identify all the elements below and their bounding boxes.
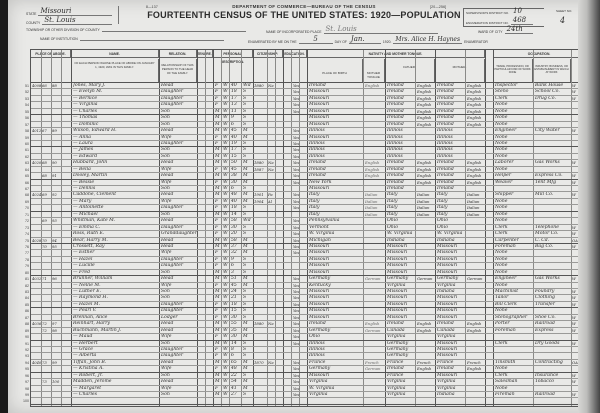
- mother-tongue: German: [365, 328, 385, 334]
- dwelling-number: [42, 263, 51, 269]
- relation: Son: [161, 373, 197, 379]
- mother-birthplace: Virginia: [437, 379, 465, 385]
- dwelling-number: [42, 205, 51, 211]
- mother-birthplace: Ireland: [437, 96, 465, 102]
- occupation: Weaver: [495, 180, 533, 186]
- naturalization: [268, 225, 275, 231]
- relation: Daughter: [161, 353, 197, 359]
- relation: Daughter: [161, 263, 197, 269]
- relation: Son: [161, 289, 197, 295]
- sex: F: [215, 167, 221, 173]
- immigration-year: [254, 154, 267, 160]
- line-number: 79: [17, 263, 29, 269]
- father-tongue: [417, 386, 435, 392]
- mother-birthplace: Indiana: [437, 392, 465, 398]
- industry: Clothing: [535, 295, 571, 301]
- father-birthplace: Missouri: [387, 308, 415, 314]
- marital-status: S: [243, 263, 253, 269]
- sex: M: [215, 186, 221, 192]
- person-name: — Margaret: [73, 386, 159, 392]
- person-name: Wilson, Edward H.: [73, 128, 159, 134]
- mother-birthplace: Missouri: [437, 263, 465, 269]
- dwelling-number: [42, 89, 51, 95]
- line-number: 51: [17, 83, 29, 89]
- race: W: [223, 89, 229, 95]
- group-citizenship: CITIZENSHIP.: [253, 50, 283, 58]
- father-tongue: Italian: [417, 199, 435, 205]
- age: 40: [231, 135, 241, 141]
- birthplace: Germany: [309, 276, 363, 282]
- marital-status: M: [243, 334, 253, 340]
- age: 32: [231, 250, 241, 256]
- ward-value: 24th: [505, 26, 533, 34]
- relation: Head: [161, 128, 197, 134]
- mother-tongue-parent: English: [467, 96, 485, 102]
- line-number: 72: [17, 218, 29, 224]
- dwelling-number: [42, 283, 51, 289]
- father-birthplace: Missouri: [387, 257, 415, 263]
- father-birthplace: Germany: [387, 341, 415, 347]
- relation: Head: [161, 328, 197, 334]
- father-tongue: [417, 379, 435, 385]
- literacy: Yes: [293, 321, 307, 327]
- birthplace: Illinois: [309, 154, 363, 160]
- relation: [161, 398, 197, 404]
- immigration-year: [254, 379, 267, 385]
- person-name: — Raymond H.: [73, 295, 159, 301]
- naturalization: [268, 302, 275, 308]
- relation: Wife: [161, 334, 197, 340]
- family-number: [52, 122, 61, 128]
- father-tongue: English: [417, 89, 435, 95]
- age: 15: [231, 154, 241, 160]
- house-number: [32, 135, 41, 141]
- occupation: [495, 353, 533, 359]
- race: W: [223, 225, 229, 231]
- birthplace: Missouri: [309, 96, 363, 102]
- person-name: Brunner, William: [73, 276, 159, 282]
- mother-tongue-parent: English: [467, 167, 485, 173]
- immigration-year: [254, 276, 267, 282]
- age: 6: [231, 263, 241, 269]
- race: W: [223, 302, 229, 308]
- immigration-year: [254, 141, 267, 147]
- person-name: Crossett, Ray: [73, 244, 159, 250]
- sex: F: [215, 283, 221, 289]
- father-birthplace: Missouri: [387, 263, 415, 269]
- father-tongue: [417, 141, 435, 147]
- father-tongue: [417, 135, 435, 141]
- literacy: [293, 212, 307, 218]
- dwelling-number: [42, 392, 51, 398]
- literacy: Yes: [293, 141, 307, 147]
- sex: F: [215, 353, 221, 359]
- mother-tongue: [365, 341, 385, 347]
- naturalization: Na: [268, 83, 275, 89]
- line-number: 82: [17, 283, 29, 289]
- father-tongue: [417, 186, 435, 192]
- marital-status: S: [243, 392, 253, 398]
- literacy: Yes: [293, 128, 307, 134]
- family-number: [52, 308, 61, 314]
- mother-tongue: [365, 128, 385, 134]
- state-value: Missouri: [38, 8, 112, 16]
- naturalization: [268, 238, 275, 244]
- father-birthplace: Virginia: [387, 379, 415, 385]
- birthplace: Michigan: [309, 238, 363, 244]
- father-birthplace: Virginia: [387, 283, 415, 289]
- age: 48: [231, 192, 241, 198]
- occupation: Inspector: [495, 83, 533, 89]
- mother-tongue: [365, 283, 385, 289]
- group-nativity: NATIVITY AND MOTHER TONGUE.: [307, 50, 485, 58]
- mother-birthplace: Ireland: [437, 366, 465, 372]
- sex: M: [215, 154, 221, 160]
- marital-status: S: [243, 289, 253, 295]
- line-number: 95: [17, 366, 29, 372]
- race: W: [223, 250, 229, 256]
- immigration-year: 1880: [254, 321, 267, 327]
- literacy: Yes: [293, 199, 307, 205]
- immigration-year: [254, 225, 267, 231]
- line-number: 92: [17, 347, 29, 353]
- person-name: — Fred: [73, 270, 159, 276]
- age: 37: [231, 244, 241, 250]
- family-number: [52, 257, 61, 263]
- father-tongue: [417, 353, 435, 359]
- enumerated-month: Jan.: [349, 36, 381, 44]
- sex: F: [215, 205, 221, 211]
- dwelling-number: 72: [42, 328, 51, 334]
- house-number: [32, 89, 41, 95]
- father-tongue: [417, 283, 435, 289]
- father-birthplace: Germany: [387, 353, 415, 359]
- industry: Bank House: [535, 83, 571, 89]
- mother-birthplace: Italy: [437, 192, 465, 198]
- family-number: [52, 392, 61, 398]
- father-birthplace: Ireland: [387, 173, 415, 179]
- literacy: Yes: [293, 386, 307, 392]
- immigration-year: [254, 231, 267, 237]
- father-birthplace: Illinois: [387, 147, 415, 153]
- house-number: [32, 334, 41, 340]
- father-tongue: [417, 128, 435, 134]
- mother-birthplace: Ireland: [437, 160, 465, 166]
- father-birthplace: Ireland: [387, 96, 415, 102]
- sex: F: [215, 83, 221, 89]
- mother-tongue: [365, 270, 385, 276]
- mother-tongue: [365, 302, 385, 308]
- house-number: [32, 122, 41, 128]
- line-number: 64: [17, 167, 29, 173]
- line-number: 58: [17, 128, 29, 134]
- literacy: Yes: [293, 334, 307, 340]
- mother-tongue-parent: [467, 218, 485, 224]
- father-birthplace: Canada: [387, 328, 415, 334]
- occupation: None: [495, 218, 533, 224]
- marital-status: M: [243, 199, 253, 205]
- family-number: [52, 315, 61, 321]
- father-tongue: Italian: [417, 212, 435, 218]
- mother-tongue: [365, 398, 385, 404]
- dwelling-number: [42, 347, 51, 353]
- race: W: [223, 135, 229, 141]
- relation: Wife: [161, 250, 197, 256]
- marital-status: S: [243, 186, 253, 192]
- father-birthplace: Illinois: [387, 141, 415, 147]
- line-number: 60: [17, 141, 29, 147]
- house-number: [32, 218, 41, 224]
- mother-birthplace: Missouri: [437, 250, 465, 256]
- line-number: 56: [17, 115, 29, 121]
- age: 35: [231, 328, 241, 334]
- mother-tongue-parent: English: [467, 180, 485, 186]
- father-birthplace: Ireland: [387, 321, 415, 327]
- person-name: [73, 398, 159, 404]
- dwelling-number: [42, 250, 51, 256]
- marital-status: S: [243, 154, 253, 160]
- birthplace: Ireland: [309, 160, 363, 166]
- mother-tongue-parent: [467, 302, 485, 308]
- mother-birthplace: Virginia: [437, 283, 465, 289]
- occupation: None: [495, 308, 533, 314]
- race: W: [223, 160, 229, 166]
- enumerator-name: Mrs. Alice H. Haynes: [393, 36, 462, 44]
- occupation: None: [495, 167, 533, 173]
- birthplace: Missouri: [309, 270, 363, 276]
- mother-tongue-parent: [467, 244, 485, 250]
- sheet-field: SHEET NO.: [556, 9, 572, 13]
- father-tongue: English: [417, 321, 435, 327]
- house-number: [32, 366, 41, 372]
- race: W: [223, 115, 229, 121]
- age: 9: [231, 115, 241, 121]
- mother-tongue: [365, 347, 385, 353]
- marital-status: S: [243, 257, 253, 263]
- sex: M: [215, 147, 221, 153]
- mother-tongue-parent: [467, 263, 485, 269]
- father-birthplace: Ireland: [387, 102, 415, 108]
- age: 27: [231, 392, 241, 398]
- line-number: 83: [17, 289, 29, 295]
- divider: [118, 6, 119, 24]
- occupation: None: [495, 199, 533, 205]
- industry: Foundry: [535, 289, 571, 295]
- father-tongue: [417, 347, 435, 353]
- occupation: Engineer: [495, 128, 533, 134]
- race: W: [223, 231, 229, 237]
- mother-tongue-parent: [467, 283, 485, 289]
- mother-tongue-parent: Italian: [467, 205, 485, 211]
- house-number: [32, 379, 41, 385]
- house-number: [32, 96, 41, 102]
- person-name: Hubbard, John: [73, 160, 159, 166]
- marital-status: M: [243, 328, 253, 334]
- race: W: [223, 244, 229, 250]
- father-birthplace: Virginia: [387, 334, 415, 340]
- age: 8: [231, 347, 241, 353]
- marital-status: S: [243, 141, 253, 147]
- immigration-year: [254, 109, 267, 115]
- literacy: [293, 186, 307, 192]
- immigration-year: [254, 308, 267, 314]
- mother-tongue-parent: French: [467, 360, 485, 366]
- family-number: 99: [52, 360, 61, 366]
- naturalization: [268, 128, 275, 134]
- naturalization: [268, 263, 275, 269]
- father-tongue: [417, 295, 435, 301]
- person-name: — Mary: [73, 199, 159, 205]
- dwelling-number: [42, 212, 51, 218]
- line-number: 68: [17, 192, 29, 198]
- race: W: [223, 379, 229, 385]
- sex: M: [215, 360, 221, 366]
- occupation: Clerk: [495, 231, 533, 237]
- naturalization: Na: [268, 160, 275, 166]
- mother-birthplace: Missouri: [437, 295, 465, 301]
- mother-birthplace: Italy: [437, 212, 465, 218]
- literacy: Yes: [293, 225, 307, 231]
- family-number: 89: [52, 128, 61, 134]
- age: 19: [231, 141, 241, 147]
- family-number: 95: [52, 244, 61, 250]
- mother-tongue-parent: English: [467, 173, 485, 179]
- house-number: 4036: [32, 321, 41, 327]
- immigration-year: [254, 102, 267, 108]
- relation: Son: [161, 270, 197, 276]
- literacy: [293, 398, 307, 404]
- birthplace: Vermont: [309, 225, 363, 231]
- birthplace: W. Virginia: [309, 231, 363, 237]
- birthplace: France: [309, 360, 363, 366]
- line-number: 85: [17, 302, 29, 308]
- line-number: 76: [17, 244, 29, 250]
- dwelling-number: [42, 353, 51, 359]
- marital-status: [243, 398, 253, 404]
- literacy: Yes: [293, 147, 307, 153]
- naturalization: [268, 373, 275, 379]
- occupation: Clerk: [495, 341, 533, 347]
- industry: Insurance: [535, 373, 571, 379]
- naturalization: [268, 289, 275, 295]
- mother-tongue-parent: [467, 353, 485, 359]
- immigration-year: [254, 302, 267, 308]
- mother-birthplace: Illinois: [437, 147, 465, 153]
- marital-status: S: [243, 225, 253, 231]
- line-number: 75: [17, 238, 29, 244]
- marital-status: S: [243, 102, 253, 108]
- dwelling-number: [42, 270, 51, 276]
- dwelling-number: [42, 308, 51, 314]
- birthplace: Italy: [309, 199, 363, 205]
- dwelling-number: 68: [42, 173, 51, 179]
- father-tongue: Italian: [417, 205, 435, 211]
- relation: Daughter: [161, 89, 197, 95]
- race: W: [223, 205, 229, 211]
- immigration-year: [254, 115, 267, 121]
- line-number: 86: [17, 308, 29, 314]
- relation: Daughter: [161, 205, 197, 211]
- person-name: — Antoinette: [73, 205, 159, 211]
- occupation: None: [495, 386, 533, 392]
- house-number: [32, 173, 41, 179]
- family-number: [52, 167, 61, 173]
- relation: Son: [161, 186, 197, 192]
- father-birthplace: Ireland: [387, 160, 415, 166]
- age: 50: [231, 160, 241, 166]
- immigration-year: [254, 180, 267, 186]
- mother-tongue-parent: English: [467, 366, 485, 372]
- table-row: 100: [31, 398, 586, 404]
- immigration-year: [254, 347, 267, 353]
- person-name: — Edward: [73, 154, 159, 160]
- birthplace: [309, 398, 363, 404]
- race: W: [223, 167, 229, 173]
- industry: Railroad: [535, 321, 571, 327]
- marital-status: Wd: [243, 218, 253, 224]
- house-number: [32, 102, 41, 108]
- birthplace: Italy: [309, 205, 363, 211]
- mother-tongue: [365, 308, 385, 314]
- father-tongue: [417, 244, 435, 250]
- marital-status: M: [243, 386, 253, 392]
- mother-birthplace: Illinois: [437, 135, 465, 141]
- marital-status: S: [243, 109, 253, 115]
- occupation: None: [495, 102, 533, 108]
- dwelling-number: [42, 257, 51, 263]
- industry: Express Co.: [535, 173, 571, 179]
- mother-tongue: [365, 231, 385, 237]
- line-number: 96: [17, 373, 29, 379]
- county-value: St. Louis: [42, 17, 112, 25]
- father-tongue: [417, 398, 435, 404]
- race: W: [223, 315, 229, 321]
- race: W: [223, 141, 229, 147]
- birthplace: Missouri: [309, 263, 363, 269]
- mother-birthplace: Virginia: [437, 334, 465, 340]
- occupation: Tinsmith: [495, 360, 533, 366]
- father-tongue: [417, 250, 435, 256]
- sex: F: [215, 334, 221, 340]
- dwelling-number: [42, 102, 51, 108]
- age: 58: [231, 238, 241, 244]
- father-tongue: English: [417, 160, 435, 166]
- mother-tongue-parent: English: [467, 115, 485, 121]
- mother-tongue: [365, 154, 385, 160]
- house-number: 4024: [32, 192, 41, 198]
- marital-status: M: [243, 360, 253, 366]
- relation: Daughter: [161, 308, 197, 314]
- sex: F: [215, 366, 221, 372]
- mother-birthplace: Ireland: [437, 109, 465, 115]
- age: 55: [231, 321, 241, 327]
- father-birthplace: Virginia: [387, 392, 415, 398]
- race: W: [223, 257, 229, 263]
- immigration-year: [254, 263, 267, 269]
- father-tongue: English: [417, 173, 435, 179]
- dwelling-number: [42, 386, 51, 392]
- father-birthplace: Ireland: [387, 122, 415, 128]
- marital-status: S: [243, 89, 253, 95]
- house-number: [32, 283, 41, 289]
- family-number: 97: [52, 321, 61, 327]
- mother-tongue-parent: [467, 238, 485, 244]
- occupation: None: [495, 154, 533, 160]
- relation: Son: [161, 109, 197, 115]
- family-number: 90: [52, 160, 61, 166]
- sex: M: [215, 379, 221, 385]
- industry: School Co.: [535, 89, 571, 95]
